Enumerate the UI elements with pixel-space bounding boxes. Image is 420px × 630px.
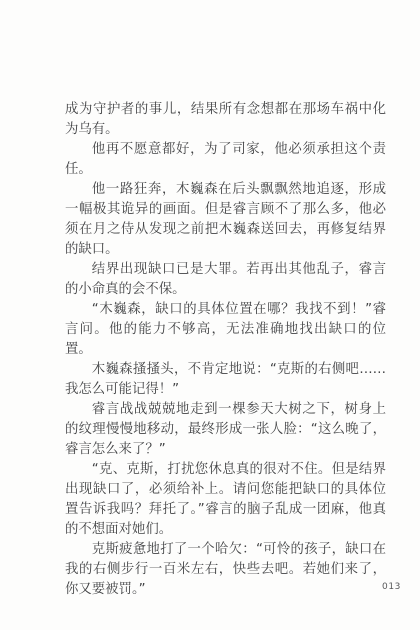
paragraph: 结界出现缺口已是大罪。若再出其他乱子，睿言的小命真的会不保。 xyxy=(65,260,386,300)
paragraph: 成为守护者的事儿，结果所有念想都在那场车祸中化为乌有。 xyxy=(65,100,386,140)
body-text: 成为守护者的事儿，结果所有念想都在那场车祸中化为乌有。他再不愿意都好，为了司家，… xyxy=(65,100,386,600)
paragraph: “木巍森，缺口的具体位置在哪？我找不到！”睿言问。他的能力不够高，无法准确地找出… xyxy=(65,300,386,360)
book-page: 成为守护者的事儿，结果所有念想都在那场车祸中化为乌有。他再不愿意都好，为了司家，… xyxy=(0,0,420,630)
paragraph: 睿言战战兢兢地走到一棵参天大树之下，树身上的纹理慢慢地移动，最终形成一张人脸：“… xyxy=(65,400,386,460)
paragraph: 木巍森搔搔头，不肯定地说：“克斯的右侧吧……我怎么可能记得！” xyxy=(65,360,386,400)
paragraph: “克、克斯，打扰您休息真的很对不住。但是结界出现缺口了，必须给补上。请问您能把缺… xyxy=(65,460,386,540)
paragraph: 他一路狂奔，木巍森在后头飘飘然地追逐，形成一幅极其诡异的画面。但是睿言顾不了那么… xyxy=(65,180,386,260)
paragraph: 克斯疲惫地打了一个哈欠：“可怜的孩子，缺口在我的右侧步行一百米左右，快些去吧。若… xyxy=(65,540,386,600)
paragraph: 他再不愿意都好，为了司家，他必须承担这个责任。 xyxy=(65,140,386,180)
page-number: 013 xyxy=(382,582,401,592)
